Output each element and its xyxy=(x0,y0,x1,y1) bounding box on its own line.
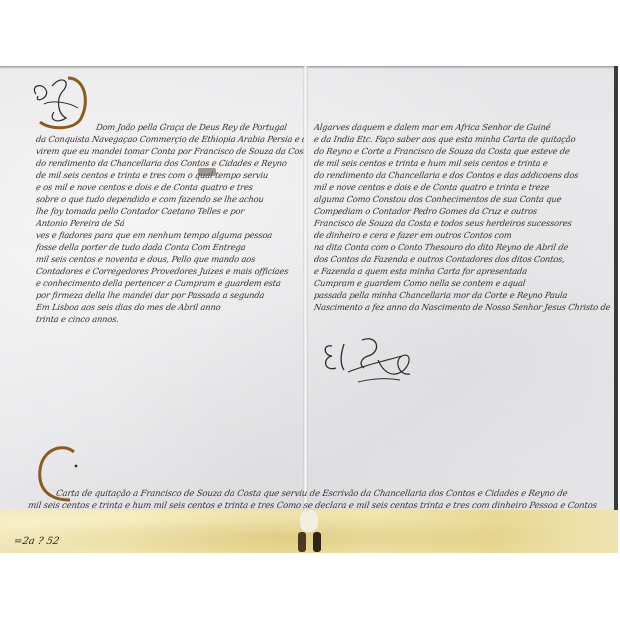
text-line: mil e nove centos e dois e de Conta quat… xyxy=(313,182,610,192)
royal-signature-icon xyxy=(318,334,428,394)
archive-reference: =2a ? 52 xyxy=(13,536,60,547)
ribbon-tie-right xyxy=(313,532,321,552)
text-line: lhe foy tomada pello Contador Caetano Te… xyxy=(35,206,304,216)
text-line: dos Contos da Fazenda e outros Contadore… xyxy=(313,254,610,264)
text-line: de mil seis centos e trinta e hum mil se… xyxy=(313,158,610,168)
text-line: alguma Como Constou dos Conhecimentos de… xyxy=(313,194,610,204)
text-line: e conhecimento della pertencer a Cumpram… xyxy=(35,278,304,288)
text-line: do Reyno e Corte a Francisco de Souza da… xyxy=(313,146,610,156)
ink-stain xyxy=(198,168,216,176)
text-line: fosse della porter de tudo dada Conta Co… xyxy=(35,242,304,252)
right-edge-shadow xyxy=(614,66,618,553)
text-line: ves e fiadores para que em nenhum tempo … xyxy=(35,230,304,240)
text-line: Algarves daquem e dalem mar em Africa Se… xyxy=(313,122,610,132)
text-line: e os mil e nove centos e dois e de Conta… xyxy=(35,182,304,192)
text-line: Francisco de Souza da Costa e todos seus… xyxy=(313,218,610,228)
text-line: da Conquista Navegaçao Commerçio de Ethi… xyxy=(35,134,304,144)
seal-ribbon-icon xyxy=(298,510,322,553)
text-line: Contadores e Corregedores Provedores Jui… xyxy=(35,266,304,276)
text-line: sobre o que tudo dependido e com fazendo… xyxy=(35,194,304,204)
text-line: Cumpram e guardem Como nella se contem e… xyxy=(313,278,610,288)
top-edge-shadow xyxy=(0,66,618,69)
text-line: passada pella minha Chancellaria mor da … xyxy=(313,290,610,300)
text-line: de dinheiro e cera e fazer em outros Con… xyxy=(313,230,610,240)
text-line: Compediam o Contador Pedro Gomes da Cruz… xyxy=(313,206,610,216)
text-line: Nascimento a fez anno do Nascimento de N… xyxy=(313,302,610,312)
text-line: na dita Conta com o Conto Thesouro do di… xyxy=(313,242,610,252)
text-line: e da India Etc. Faço saber aos que esta … xyxy=(313,134,610,144)
text-line: Dom João pella Graça de Deus Rey de Port… xyxy=(95,122,302,132)
ribbon-tie-left xyxy=(298,532,306,552)
manuscript-parchment: Dom João pella Graça de Deus Rey de Port… xyxy=(0,66,618,553)
closing-text-line: Carta de quitação a Francisco de Souza d… xyxy=(55,489,604,499)
text-line: Antonio Pereira de Sá xyxy=(35,218,304,228)
text-line: do rendimento da Chancellaria e dos Cont… xyxy=(313,170,610,180)
text-line: do rendimento da Chancellaria dos Contos… xyxy=(35,158,304,168)
decorated-initial-icon xyxy=(28,74,90,132)
text-line: virem que eu mandei tomar Conta por Fran… xyxy=(35,146,304,156)
text-line: de mil seis centos e trinta e tres com o… xyxy=(35,170,304,180)
text-line: e Fazenda a quem esta minha Carta for ap… xyxy=(313,266,610,276)
text-line: Em Lisboa aos seis dias do mes de Abril … xyxy=(35,302,304,312)
text-line: por firmeza della lhe mandei dar por Pas… xyxy=(35,290,304,300)
ribbon-loop xyxy=(300,510,318,532)
text-line: trinta e cinco annos. xyxy=(35,314,304,324)
text-line: mil seis centos e noventa e dous, Pello … xyxy=(35,254,304,264)
